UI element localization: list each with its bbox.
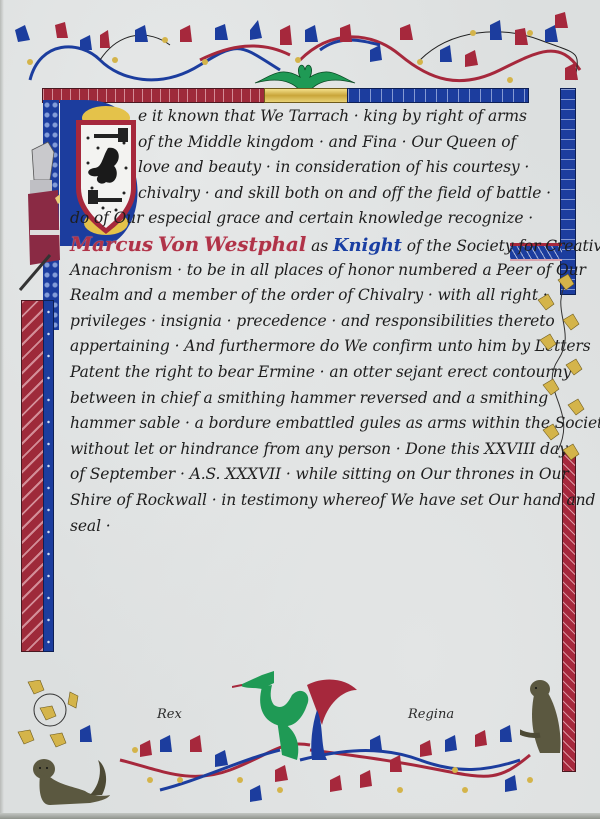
text-line: privileges · insignia · precedence · and… [70, 309, 560, 335]
recipient-surname: Westphal [204, 232, 306, 256]
signature-label-regina: Regina [408, 707, 454, 722]
recipient-middle: Von [158, 232, 199, 256]
text-line: do of Our especial grace and certain kno… [70, 206, 560, 232]
text-line: Anachronism · to be in all places of hon… [70, 258, 560, 284]
recipient-line: Marcus Von Westphal as Knight of the Soc… [70, 232, 560, 258]
text-line: without let or hindrance from any person… [70, 437, 560, 463]
gold-ivy-vine-icon [528, 270, 588, 470]
text-line: Realm and a member of the order of Chiva… [70, 283, 560, 309]
text-line: Shire of Rockwall · in testimony whereof… [70, 488, 560, 514]
text-line: Patent the right to bear Ermine · an ott… [70, 360, 560, 386]
text-line: e it known that We Tarrach · king by rig… [70, 104, 560, 130]
border-top-blue-bar [347, 88, 529, 103]
text-line: love and beauty · in consideration of hi… [70, 155, 560, 181]
text-line: chivalry · and skill both on and off the… [70, 181, 560, 207]
text-line: between in chief a smithing hammer rever… [70, 386, 560, 412]
text-line: of the Middle kingdom · and Fina · Our Q… [70, 130, 560, 156]
otter-icon [520, 675, 565, 755]
text-line: hammer sable · a bordure embattled gules… [70, 411, 560, 437]
text-line: of September · A.S. XXXVII · while sitti… [70, 462, 560, 488]
scroll-text-body: e it known that We Tarrach · king by rig… [70, 104, 560, 539]
text-line: seal · [70, 514, 560, 540]
border-left-blue-bar [43, 300, 54, 652]
knight-title: Knight [333, 235, 402, 256]
otter-icon [30, 755, 115, 810]
paper-edge-bottom [0, 813, 600, 819]
paper-edge-left [0, 0, 4, 819]
border-left-red-ribbon [21, 300, 45, 652]
green-dragon-icon [232, 665, 362, 765]
recipient-name: Marcus [70, 232, 153, 256]
signature-label-rex: Rex [157, 707, 182, 722]
text-line: appertaining · And furthermore do We con… [70, 334, 560, 360]
border-top-gold-bar [264, 88, 349, 103]
